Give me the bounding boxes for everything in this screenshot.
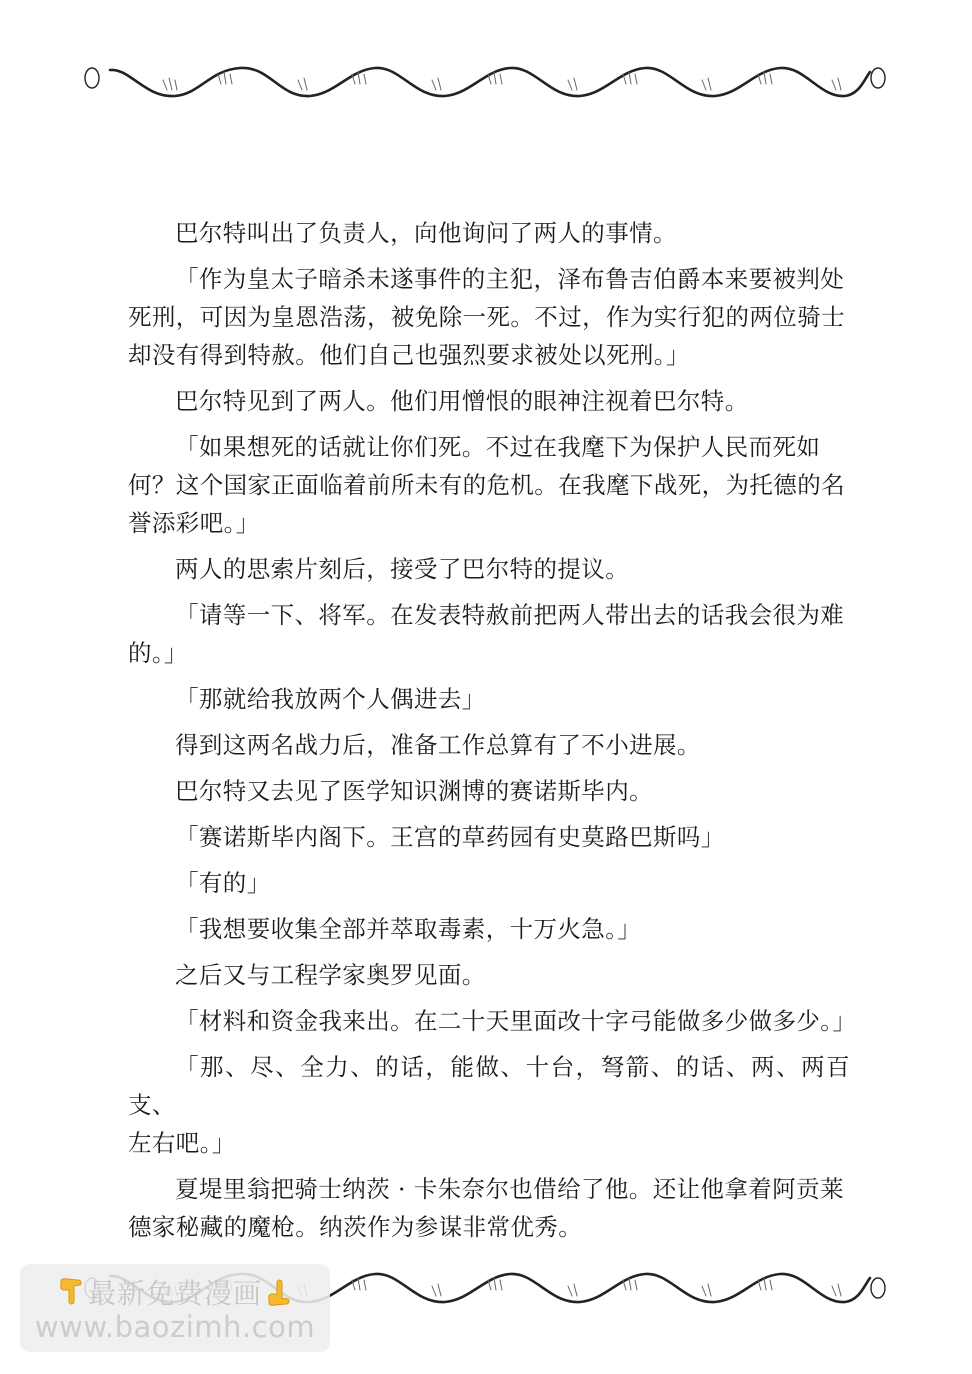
text-line: 「有的」	[128, 864, 850, 902]
text-line: 左右吧。」	[128, 1124, 850, 1162]
text-line: 「材料和资金我来出。在二十天里面改十字弓能做多少做多少。」	[128, 1002, 850, 1040]
text-line: 却没有得到特赦。他们自己也强烈要求被处以死刑。」	[128, 336, 850, 374]
text-line: 「赛诺斯毕内阁下。王宫的草药园有史莫路巴斯吗」	[128, 818, 850, 856]
paragraph: 「有的」	[128, 864, 850, 902]
watermark-banner[interactable]: 最新免费漫画 www.baozimh.com	[20, 1264, 330, 1352]
text-line: 德家秘藏的魔枪。纳茨作为参谋非常优秀。	[128, 1208, 850, 1246]
text-line: 的。」	[128, 634, 850, 672]
paragraph: 「那就给我放两个人偶进去」	[128, 680, 850, 718]
pointing-down-hand-icon	[58, 1277, 84, 1307]
text-line: 巴尔特见到了两人。他们用憎恨的眼神注视着巴尔特。	[128, 382, 850, 420]
paragraph: 夏堤里翁把骑士纳茨 · 卡朱奈尔也借给了他。还让他拿着阿贡莱德家秘藏的魔枪。纳茨…	[128, 1170, 850, 1246]
text-line: 死刑，可因为皇恩浩荡，被免除一死。不过，作为实行犯的两位骑士	[128, 298, 850, 336]
text-line: 「那、尽、全力、的话，能做、十台，弩箭、的话、两、两百支、	[128, 1048, 850, 1124]
text-line: 「请等一下、将军。在发表特赦前把两人带出去的话我会很为难	[128, 596, 850, 634]
vine-ornament-icon	[70, 58, 900, 108]
paragraph: 得到这两名战力后，准备工作总算有了不小进展。	[128, 726, 850, 764]
paragraph: 巴尔特又去见了医学知识渊博的赛诺斯毕内。	[128, 772, 850, 810]
paragraph: 「那、尽、全力、的话，能做、十台，弩箭、的话、两、两百支、左右吧。」	[128, 1048, 850, 1162]
text-line: 之后又与工程学家奥罗见面。	[128, 956, 850, 994]
text-line: 得到这两名战力后，准备工作总算有了不小进展。	[128, 726, 850, 764]
paragraph: 「请等一下、将军。在发表特赦前把两人带出去的话我会很为难的。」	[128, 596, 850, 672]
paragraph: 「我想要收集全部并萃取毒素，十万火急。」	[128, 910, 850, 948]
paragraph: 「作为皇太子暗杀未遂事件的主犯，泽布鲁吉伯爵本来要被判处死刑，可因为皇恩浩荡，被…	[128, 260, 850, 374]
page-body: 巴尔特叫出了负责人，向他询问了两人的事情。 「作为皇太子暗杀未遂事件的主犯，泽布…	[128, 214, 850, 1254]
paragraph: 巴尔特叫出了负责人，向他询问了两人的事情。	[128, 214, 850, 252]
paragraph: 「如果想死的话就让你们死。不过在我麾下为保护人民而死如何？这个国家正面临着前所未…	[128, 428, 850, 542]
text-line: 巴尔特叫出了负责人，向他询问了两人的事情。	[128, 214, 850, 252]
pointing-up-hand-icon	[266, 1277, 292, 1307]
paragraph: 「材料和资金我来出。在二十天里面改十字弓能做多少做多少。」	[128, 1002, 850, 1040]
text-line: 巴尔特又去见了医学知识渊博的赛诺斯毕内。	[128, 772, 850, 810]
text-line: 「那就给我放两个人偶进去」	[128, 680, 850, 718]
watermark-title: 最新免费漫画	[88, 1272, 262, 1312]
text-line: 「如果想死的话就让你们死。不过在我麾下为保护人民而死如	[128, 428, 850, 466]
paragraph: 巴尔特见到了两人。他们用憎恨的眼神注视着巴尔特。	[128, 382, 850, 420]
text-line: 两人的思索片刻后，接受了巴尔特的提议。	[128, 550, 850, 588]
text-line: 「作为皇太子暗杀未遂事件的主犯，泽布鲁吉伯爵本来要被判处	[128, 260, 850, 298]
paragraph: 两人的思索片刻后，接受了巴尔特的提议。	[128, 550, 850, 588]
text-line: 誉添彩吧。」	[128, 504, 850, 542]
watermark-title-row: 最新免费漫画	[20, 1272, 330, 1312]
paragraph: 之后又与工程学家奥罗见面。	[128, 956, 850, 994]
paragraph: 「赛诺斯毕内阁下。王宫的草药园有史莫路巴斯吗」	[128, 818, 850, 856]
text-line: 何？这个国家正面临着前所未有的危机。在我麾下战死，为托德的名	[128, 466, 850, 504]
text-line: 「我想要收集全部并萃取毒素，十万火急。」	[128, 910, 850, 948]
ornament-top-border	[70, 58, 900, 108]
watermark-url[interactable]: www.baozimh.com	[20, 1310, 330, 1344]
text-line: 夏堤里翁把骑士纳茨 · 卡朱奈尔也借给了他。还让他拿着阿贡莱	[128, 1170, 850, 1208]
